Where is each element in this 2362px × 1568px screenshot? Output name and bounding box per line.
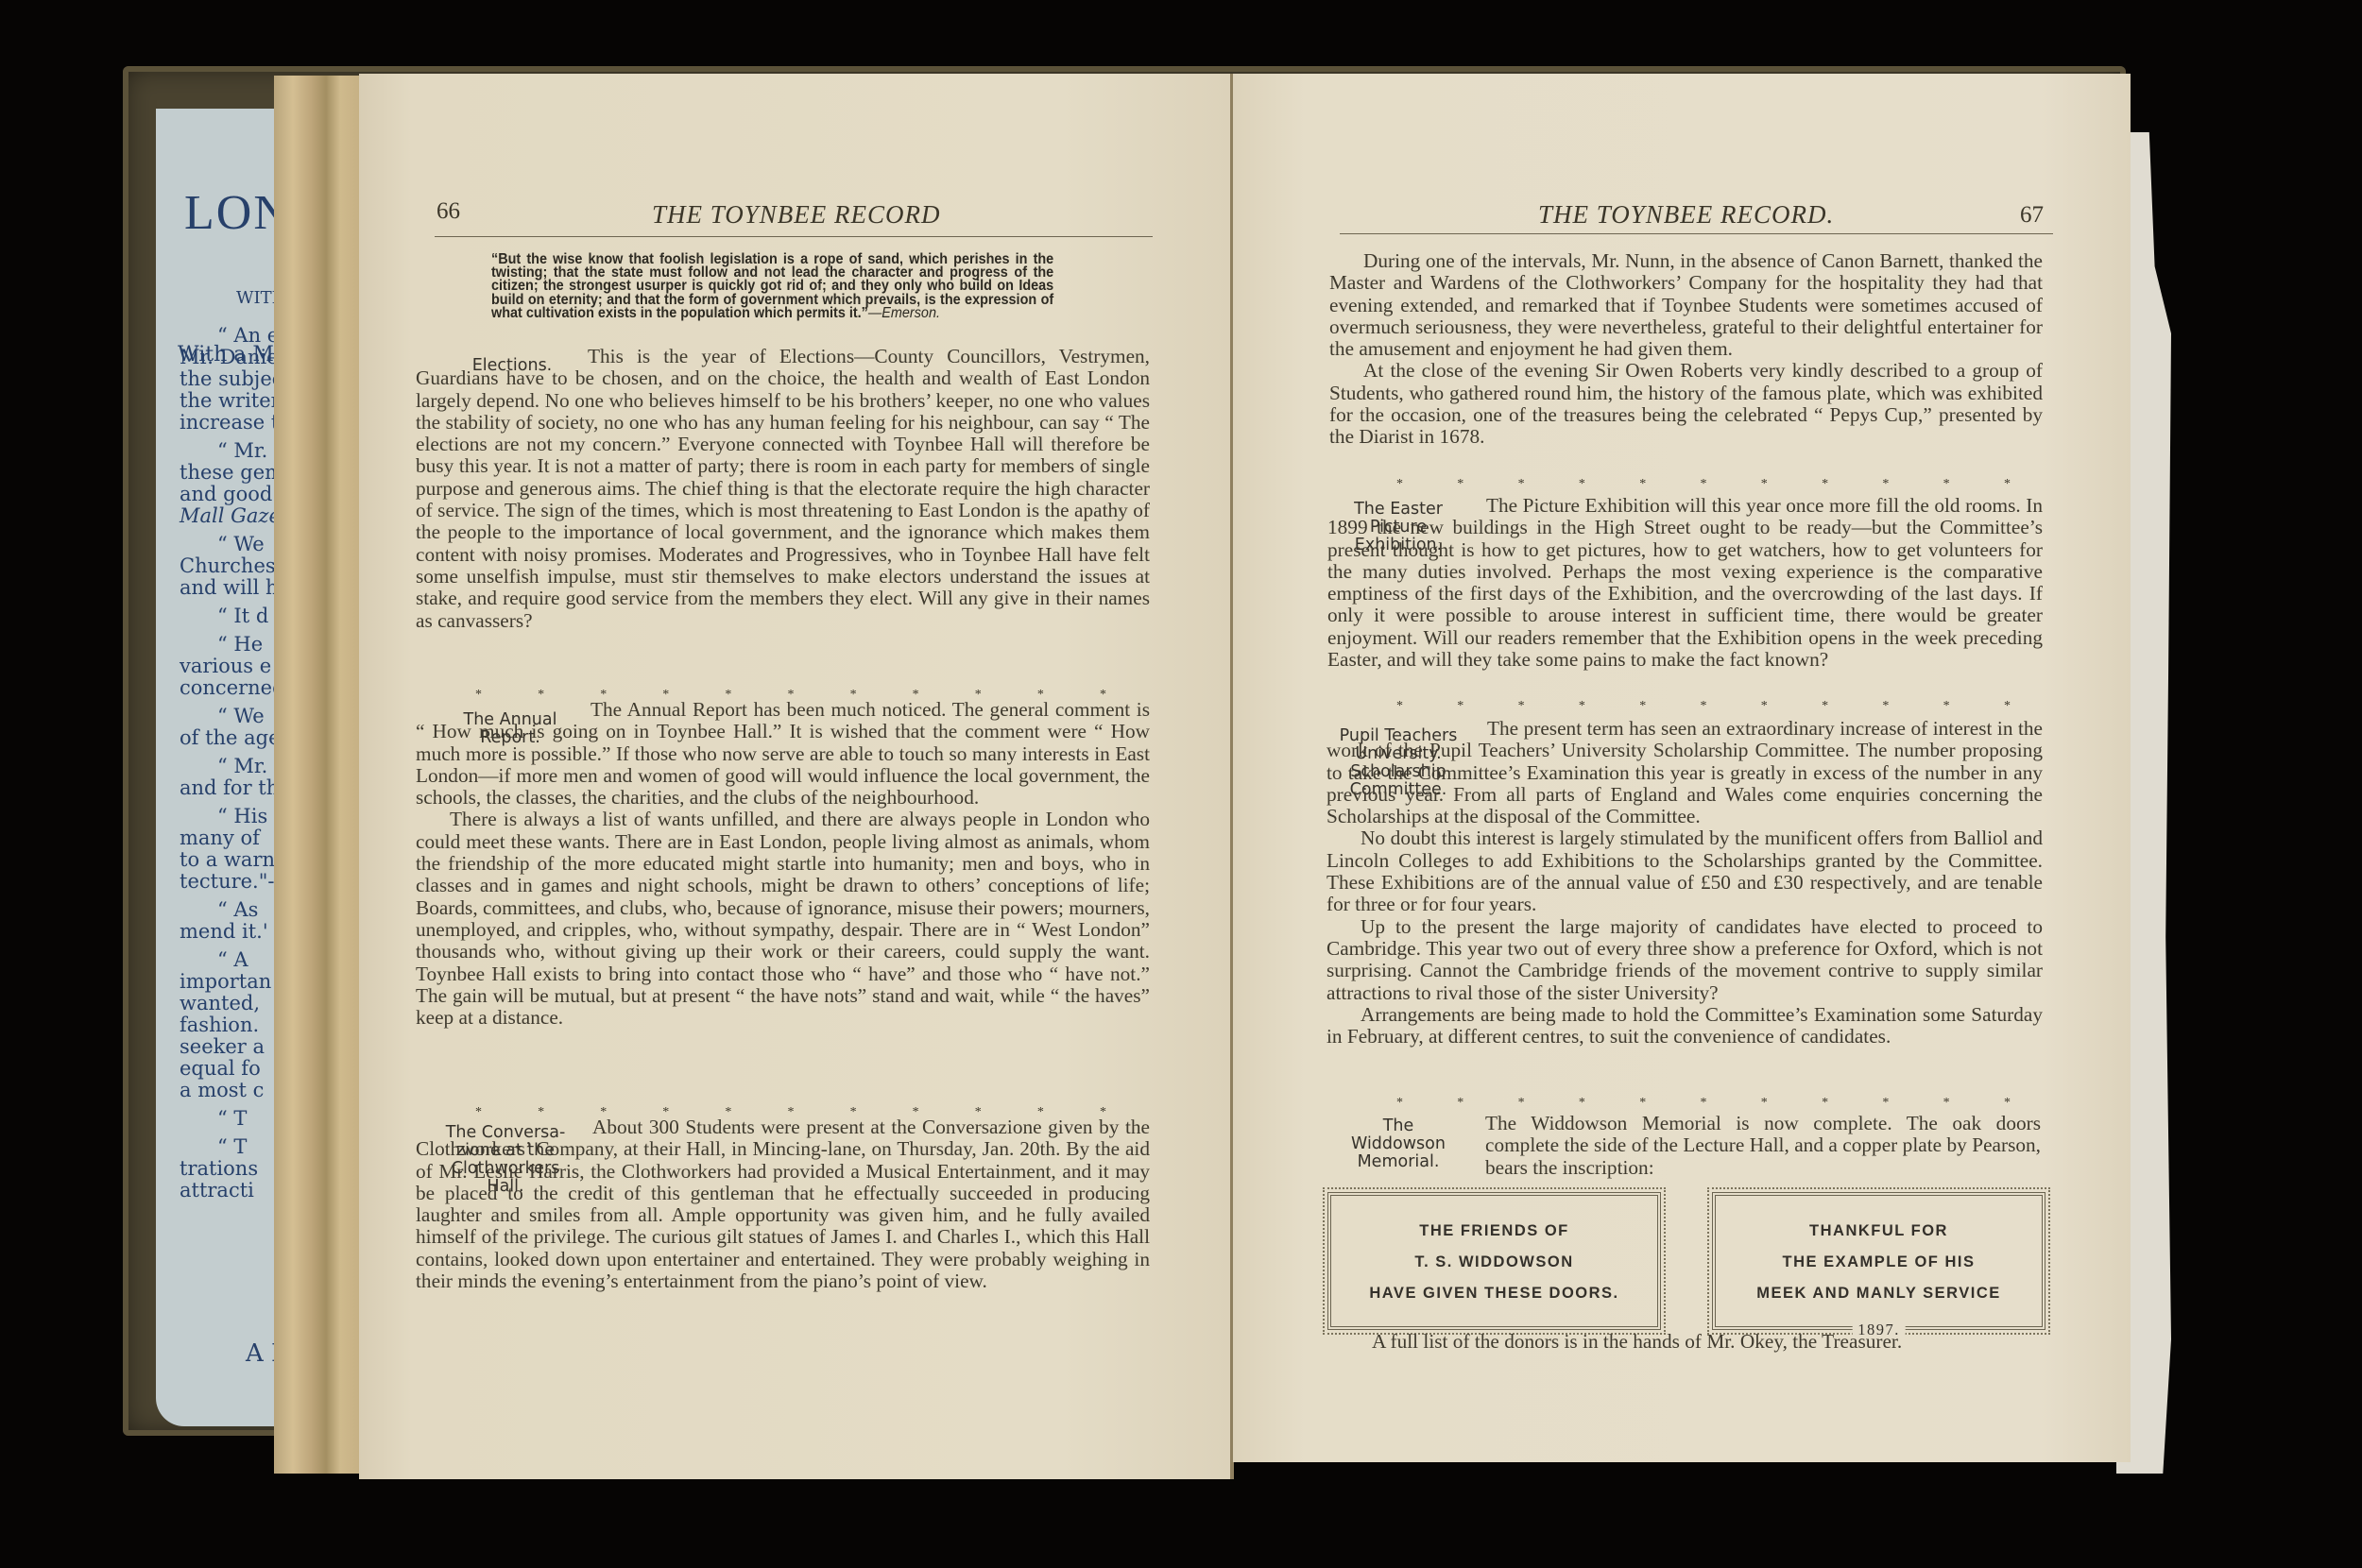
paragraph: This is the year of Elections—County Cou…	[416, 346, 1150, 632]
sidenote-widdowson-memorial: The Widdowson Memorial.	[1337, 1117, 1460, 1171]
right-running-head: THE TOYNBEE RECORD.	[1538, 200, 1834, 230]
underlying-review-line: Churches,'	[180, 556, 287, 576]
section-elections: This is the year of Elections—County Cou…	[416, 346, 1150, 632]
section-pupil-teachers: The present term has seen an extraordina…	[1326, 718, 2043, 1048]
underlying-review-line: attracti	[180, 1181, 254, 1201]
right-page-number: 67	[2020, 202, 2044, 229]
left-page-number: 66	[436, 198, 460, 225]
underlying-review-line: and will h	[180, 578, 279, 598]
underlying-review-line: a most c	[180, 1081, 264, 1100]
paragraph: The present term has seen an extraordina…	[1326, 718, 2043, 827]
plaque-line: THE EXAMPLE OF HIS	[1716, 1253, 2042, 1271]
underlying-review-line: the writer'	[180, 391, 285, 411]
paragraph: The Widdowson Memorial is now complete. …	[1485, 1113, 2041, 1179]
section-divider: ***********	[1396, 1096, 2011, 1111]
paragraph: Arrangements are being made to hold the …	[1326, 1004, 2043, 1048]
donors-footer-line: A full list of the donors is in the hand…	[1372, 1330, 1902, 1354]
paragraph: About 300 Students were present at the C…	[416, 1116, 1150, 1292]
left-running-head: THE TOYNBEE RECORD	[652, 200, 941, 230]
underlying-review-line: “ It d	[217, 606, 268, 626]
section-widdowson-memorial: The Widdowson Memorial is now complete. …	[1485, 1113, 2041, 1179]
section-divider: ***********	[1396, 477, 2011, 492]
underlying-review-line: “ He	[217, 635, 263, 655]
underlying-review-line: many of	[180, 828, 260, 848]
underlying-review-line: Mr. Daniel	[180, 348, 284, 367]
paragraph: There is always a list of wants unfilled…	[416, 809, 1150, 1029]
underlying-review-line: trations	[180, 1159, 258, 1179]
underlying-review-line: fashion.	[180, 1015, 259, 1035]
underlying-review-line: “ We	[217, 707, 265, 726]
underlying-review-line: tecture."-	[180, 872, 275, 892]
underlying-review-line: “ T	[217, 1137, 247, 1157]
underlying-review-line: concerned	[180, 678, 285, 698]
left-header-rule	[435, 236, 1153, 237]
section-divider: ***********	[1396, 699, 2011, 714]
underlying-review-line: Mall Gazet	[180, 506, 288, 526]
plaque-line: THE FRIENDS OF	[1331, 1222, 1657, 1240]
plaque-line: MEEK AND MANLY SERVICE	[1716, 1285, 2042, 1303]
underlying-review-line: of the age	[180, 728, 281, 748]
inscription-plaque-right: THANKFUL FOR THE EXAMPLE OF HIS MEEK AND…	[1712, 1192, 2045, 1330]
intro-section: During one of the intervals, Mr. Nunn, i…	[1329, 250, 2043, 449]
underlying-review-line: to a warn	[180, 850, 275, 870]
section-easter-exhibition: The Picture Exhibition will this year on…	[1327, 495, 2043, 671]
underlying-review-line: “ Mr.	[217, 757, 267, 776]
underlying-review-line: equal fo	[180, 1059, 261, 1079]
underlying-review-line: various e	[180, 656, 271, 676]
plaque-line: HAVE GIVEN THESE DOORS.	[1331, 1285, 1657, 1303]
underlying-review-line: “ As	[217, 900, 258, 920]
underlying-review-line: “ An e	[217, 326, 279, 346]
underlying-review-line: “ His	[217, 807, 267, 827]
underlying-review-line: and for th	[180, 778, 279, 798]
underlying-review-line: “ A	[217, 950, 248, 970]
underlying-review-line: and good	[180, 485, 272, 504]
paragraph: Up to the present the large majority of …	[1326, 916, 2043, 1004]
underlying-review-line: wanted,	[180, 994, 260, 1014]
epigraph-quote: “But the wise know that foolish legislat…	[491, 253, 1053, 320]
plaque-line: THANKFUL FOR	[1716, 1222, 2042, 1240]
epigraph-attribution: —Emerson.	[868, 305, 940, 321]
underlying-review-line: mend it.'	[180, 922, 268, 942]
underlying-review-line: seeker a	[180, 1037, 265, 1057]
underlying-review-line: “ Mr.	[217, 441, 267, 461]
paragraph: The Picture Exhibition will this year on…	[1327, 495, 2043, 671]
plaque-line: T. S. WIDDOWSON	[1331, 1253, 1657, 1271]
paragraph: The Annual Report has been much noticed.…	[416, 699, 1150, 809]
underlying-review-line: “ We	[217, 535, 265, 554]
paragraph: At the close of the evening Sir Owen Rob…	[1329, 360, 2043, 448]
paragraph: No doubt this interest is largely stimul…	[1326, 827, 2043, 915]
paragraph: During one of the intervals, Mr. Nunn, i…	[1329, 250, 2043, 360]
page-edges-stack	[274, 76, 368, 1474]
section-conversazione: About 300 Students were present at the C…	[416, 1116, 1150, 1292]
inscription-plaque-left: THE FRIENDS OF T. S. WIDDOWSON HAVE GIVE…	[1327, 1192, 1661, 1330]
right-header-rule	[1340, 233, 2053, 234]
underlying-review-line: importan	[180, 972, 271, 992]
epigraph-text: “But the wise know that foolish legislat…	[491, 251, 1053, 321]
section-annual-report: The Annual Report has been much noticed.…	[416, 699, 1150, 1029]
underlying-review-line: “ T	[217, 1109, 247, 1129]
